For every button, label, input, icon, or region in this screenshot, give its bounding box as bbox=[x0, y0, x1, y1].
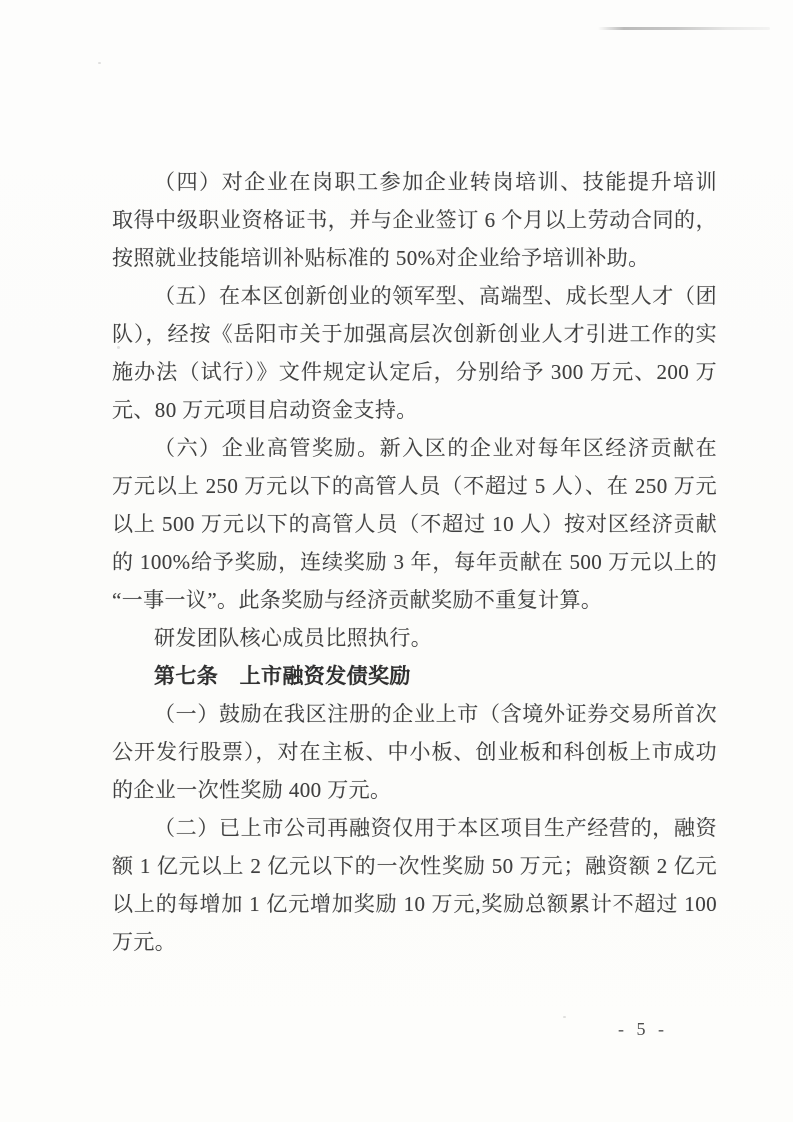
text-line: 取得中级职业资格证书，并与企业签订 6 个月以上劳动合同的， bbox=[112, 201, 717, 239]
scan-speck bbox=[98, 62, 101, 64]
scan-artifact-line bbox=[598, 27, 770, 30]
section-heading-line: 第七条 上市融资发债奖励 bbox=[112, 657, 717, 695]
text-line: 万元以上 250 万元以下的高管人员（不超过 5 人）、在 250 万元 bbox=[112, 467, 717, 505]
text-line: 以上 500 万元以下的高管人员（不超过 10 人）按对区经济贡献 bbox=[112, 505, 717, 543]
text-line: 研发团队核心成员比照执行。 bbox=[112, 619, 717, 657]
text-line: 额 1 亿元以上 2 亿元以下的一次性奖励 50 万元；融资额 2 亿元 bbox=[112, 847, 717, 885]
text-line: 按照就业技能培训补贴标准的 50%对企业给予培训补助。 bbox=[112, 239, 717, 277]
text-line: （五）在本区创新创业的领军型、高端型、成长型人才（团 bbox=[112, 277, 717, 315]
text-line: （六）企业高管奖励。新入区的企业对每年区经济贡献在 125 bbox=[112, 429, 717, 467]
text-line: 施办法（试行）》文件规定认定后，分别给予 300 万元、200 万 bbox=[112, 353, 717, 391]
text-line: 队），经按《岳阳市关于加强高层次创新创业人才引进工作的实 bbox=[112, 315, 717, 353]
text-line: 公开发行股票），对在主板、中小板、创业板和科创板上市成功 bbox=[112, 733, 717, 771]
text-line: 元、80 万元项目启动资金支持。 bbox=[112, 391, 717, 429]
scanned-document-page: （四）对企业在岗职工参加企业转岗培训、技能提升培训后，取得中级职业资格证书，并与… bbox=[0, 0, 793, 1122]
text-line: （一）鼓励在我区注册的企业上市（含境外证券交易所首次 bbox=[112, 695, 717, 733]
document-body-text: （四）对企业在岗职工参加企业转岗培训、技能提升培训后，取得中级职业资格证书，并与… bbox=[112, 163, 717, 961]
text-line: （四）对企业在岗职工参加企业转岗培训、技能提升培训后， bbox=[112, 163, 717, 201]
text-line: 的企业一次性奖励 400 万元。 bbox=[112, 771, 717, 809]
text-line: 万元。 bbox=[112, 923, 717, 961]
scan-speck bbox=[563, 1016, 566, 1018]
text-line: （二）已上市公司再融资仅用于本区项目生产经营的，融资 bbox=[112, 809, 717, 847]
text-line: 的 100%给予奖励，连续奖励 3 年，每年贡献在 500 万元以上的 bbox=[112, 543, 717, 581]
page-number: - 5 - bbox=[618, 1019, 698, 1040]
text-line: “一事一议”。此条奖励与经济贡献奖励不重复计算。 bbox=[112, 581, 717, 619]
text-line: 以上的每增加 1 亿元增加奖励 10 万元,奖励总额累计不超过 100 bbox=[112, 885, 717, 923]
